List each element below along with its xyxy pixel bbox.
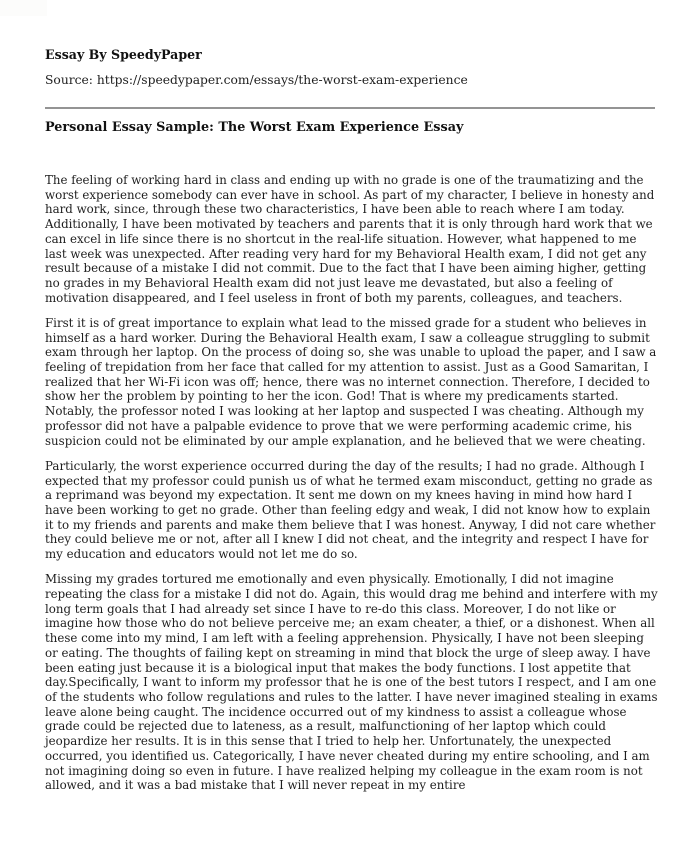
essay-paragraph: Missing my grades tortured me emotionall… — [45, 572, 658, 793]
essay-paragraph: The feeling of working hard in class and… — [45, 173, 658, 305]
byline: Essay By SpeedyPaper — [45, 47, 658, 62]
source-line: Source: https://speedypaper.com/essays/t… — [45, 73, 658, 88]
essay-body: The feeling of working hard in class and… — [45, 173, 658, 793]
essay-paragraph: First it is of great importance to expla… — [45, 316, 658, 448]
divider — [45, 107, 655, 109]
source-label: Source: — [45, 73, 93, 87]
essay-title: Personal Essay Sample: The Worst Exam Ex… — [45, 120, 658, 135]
essay-paragraph: Particularly, the worst experience occur… — [45, 459, 658, 562]
source-url: https://speedypaper.com/essays/the-worst… — [97, 73, 468, 87]
document-page: Essay By SpeedyPaper Source: https://spe… — [0, 0, 700, 850]
scan-artifact — [0, 0, 47, 16]
document-content: Essay By SpeedyPaper Source: https://spe… — [45, 0, 658, 804]
